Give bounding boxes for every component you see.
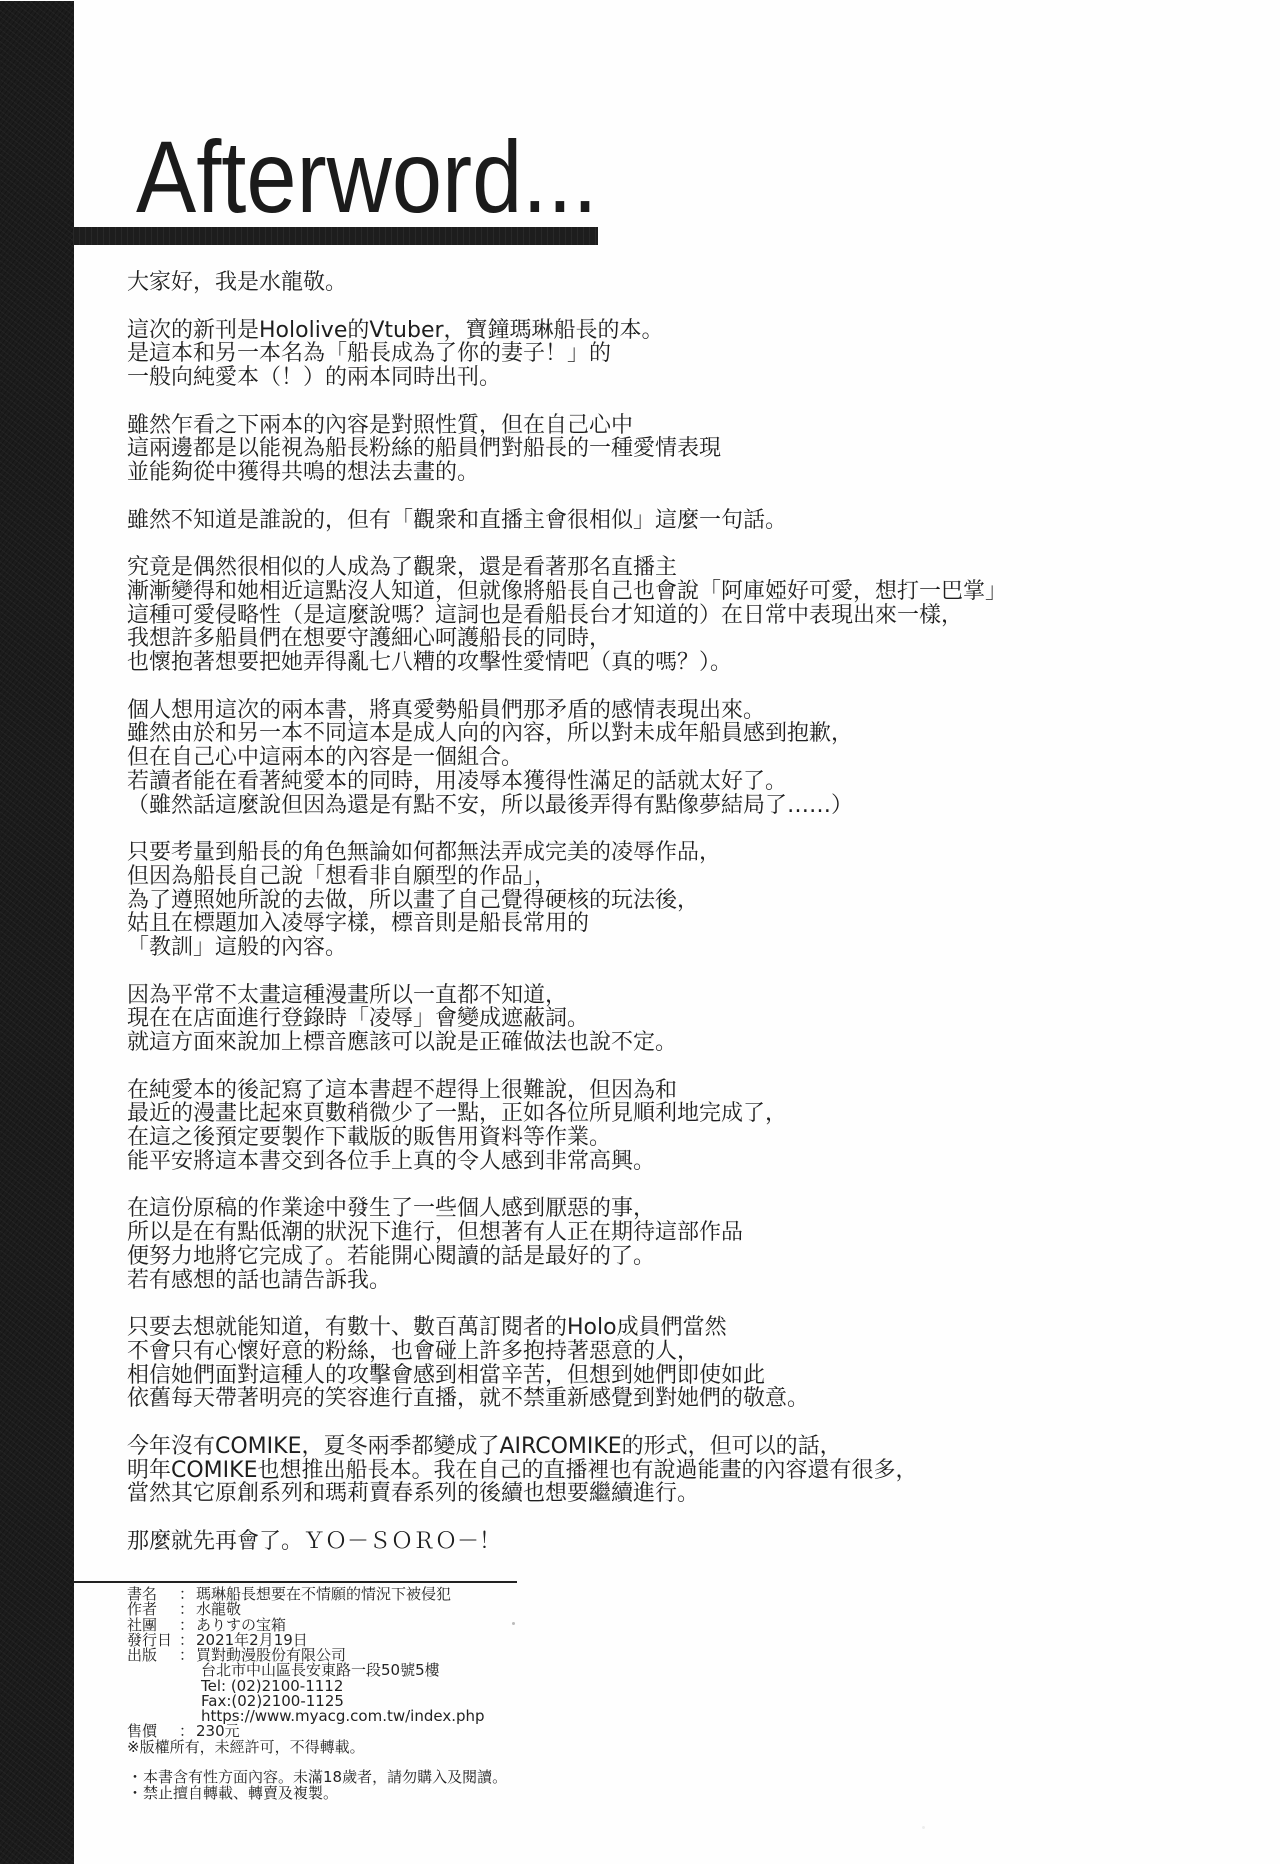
text-line: 是這本和另一本名為「船長成為了你的妻子！」的 [127,342,1007,366]
text-line: 今年沒有COMIKE，夏冬兩季都變成了AIRCOMIKE的形式，但可以的話， [127,1435,1007,1459]
colophon-label: 出版 [127,1648,177,1663]
text-line: 因為平常不太畫這種漫畫所以一直都不知道， [127,984,1007,1008]
paragraph: 在這份原稿的作業途中發生了一些個人感到厭惡的事， 所以是在有點低潮的狀況下進行，… [127,1197,1007,1292]
scan-speck [512,1622,515,1625]
text-line: 為了遵照她所說的去做，所以畫了自己覺得硬核的玩法後， [127,889,1007,913]
text-line: 只要去想就能知道，有數十、數百萬訂閱者的Holo成員們當然 [127,1316,1007,1340]
paragraph: 今年沒有COMIKE，夏冬兩季都變成了AIRCOMIKE的形式，但可以的話， 明… [127,1435,1007,1506]
text-line: 也懷抱著想要把她弄得亂七八糟的攻擊性愛情吧（真的嗎？）。 [127,651,1007,675]
left-black-bar [0,1,74,1864]
closing-paragraph: 那麼就先再會了。ＹＯ－ＳＯＲＯ－！ [127,1530,1007,1554]
text-line: 雖然乍看之下兩本的內容是對照性質，但在自己心中 [127,414,1007,438]
text-line: 明年COMIKE也想推出船長本。我在自己的直播裡也有說過能畫的內容還有很多， [127,1459,1007,1483]
title-underline-bar [73,227,598,245]
text-line: 便努力地將它完成了。若能開心閱讀的話是最好的了。 [127,1245,1007,1269]
text-line: 在這份原稿的作業途中發生了一些個人感到厭惡的事， [127,1197,1007,1221]
text-line: 只要考量到船長的角色無論如何都無法弄成完美的凌辱作品， [127,841,1007,865]
text-line: 但在自己心中這兩本的內容是一個組合。 [127,746,1007,770]
text-line: 大家好，我是水龍敬。 [127,271,1007,295]
scan-speck [922,1826,925,1829]
text-line: 姑且在標題加入凌辱字樣，標音則是船長常用的 [127,912,1007,936]
text-line: 這種可愛侵略性（是這麼說嗎？這詞也是看船長台才知道的）在日常中表現出來一樣， [127,604,1007,628]
paragraph: 只要去想就能知道，有數十、數百萬訂閱者的Holo成員們當然 不會只有心懷好意的粉… [127,1316,1007,1411]
text-line: 漸漸變得和她相近這點沒人知道，但就像將船長自己也會說「阿庫婭好可愛，想打一巴掌」 [127,580,1007,604]
paragraph: 在純愛本的後記寫了這本書趕不趕得上很難說，但因為和 最近的漫畫比起來頁數稍微少了… [127,1079,1007,1174]
text-line: 現在在店面進行登錄時「凌辱」會變成遮蔽詞。 [127,1007,1007,1031]
text-line: （雖然話這麼說但因為還是有點不安，所以最後弄得有點像夢結局了……） [127,794,1007,818]
text-line: 那麼就先再會了。ＹＯ－ＳＯＲＯ－！ [127,1530,1007,1554]
paragraph: 只要考量到船長的角色無論如何都無法弄成完美的凌辱作品， 但因為船長自己說「想看非… [127,841,1007,960]
text-line: 這兩邊都是以能視為船長粉絲的船員們對船長的一種愛情表現 [127,437,1007,461]
text-line: 但因為船長自己說「想看非自願型的作品」， [127,865,1007,889]
page-title: Afterword... [136,126,598,228]
colophon-separator: ： [177,1648,196,1663]
copyright-notice: ※版權所有，未經許可，不得轉載。 [127,1740,507,1755]
text-line: 能平安將這本書交到各位手上真的令人感到非常高興。 [127,1150,1007,1174]
text-line: 相信她們面對這種人的攻擊會感到相當辛苦，但想到她們即使如此 [127,1364,1007,1388]
text-line: 「教訓」這般的內容。 [127,936,1007,960]
text-line: 究竟是偶然很相似的人成為了觀衆，還是看著那名直播主 [127,556,1007,580]
text-line: 所以是在有點低潮的狀況下進行，但想著有人正在期待這部作品 [127,1221,1007,1245]
text-line: 雖然由於和另一本不同這本是成人向的內容，所以對未成年船員感到抱歉， [127,722,1007,746]
paragraph: 大家好，我是水龍敬。 [127,271,1007,295]
text-line: 最近的漫畫比起來頁數稍微少了一點，正如各位所見順利地完成了， [127,1102,1007,1126]
text-line: 不會只有心懷好意的粉絲，也會碰上許多抱持著惡意的人， [127,1340,1007,1364]
paragraph: 這次的新刊是Hololive的Vtuber，寶鐘瑪琳船長的本。 是這本和另一本名… [127,319,1007,390]
text-line: 我想許多船員們在想要守護細心呵護船長的同時， [127,627,1007,651]
notice-text: 禁止擅自轉載、轉賣及複製。 [143,1786,338,1801]
text-line: 一般向純愛本（！）的兩本同時出刊。 [127,366,1007,390]
text-line: 這次的新刊是Hololive的Vtuber，寶鐘瑪琳船長的本。 [127,319,1007,343]
text-line: 在這之後預定要製作下載版的販售用資料等作業。 [127,1126,1007,1150]
paragraph: 雖然不知道是誰說的，但有「觀衆和直播主會很相似」這麼一句話。 [127,509,1007,533]
paragraph: 究竟是偶然很相似的人成為了觀衆，還是看著那名直播主 漸漸變得和她相近這點沒人知道… [127,556,1007,675]
colophon: 書名 ： 瑪琳船長想要在不情願的情況下被侵犯 作者 ： 水龍敬 社團 ： ありす… [127,1587,507,1801]
text-line: 個人想用這次的兩本書，將真愛勢船員們那矛盾的感情表現出來。 [127,699,1007,723]
text-line: 當然其它原創系列和瑪莉賣春系列的後續也想要繼續進行。 [127,1482,1007,1506]
colophon-divider [73,1581,517,1583]
text-line: 若讀者能在看著純愛本的同時，用凌辱本獲得性滿足的話就太好了。 [127,770,1007,794]
text-line: 並能夠從中獲得共鳴的想法去畫的。 [127,461,1007,485]
afterword-body: 大家好，我是水龍敬。 這次的新刊是Hololive的Vtuber，寶鐘瑪琳船長的… [127,271,1007,1577]
text-line: 依舊每天帶著明亮的笑容進行直播，就不禁重新感覺到對她們的敬意。 [127,1387,1007,1411]
paragraph: 個人想用這次的兩本書，將真愛勢船員們那矛盾的感情表現出來。 雖然由於和另一本不同… [127,699,1007,818]
text-line: 就這方面來說加上標音應該可以說是正確做法也說不定。 [127,1031,1007,1055]
paragraph: 因為平常不太畫這種漫畫所以一直都不知道， 現在在店面進行登錄時「凌辱」會變成遮蔽… [127,984,1007,1055]
text-line: 在純愛本的後記寫了這本書趕不趕得上很難說，但因為和 [127,1079,1007,1103]
paragraph: 雖然乍看之下兩本的內容是對照性質，但在自己心中 這兩邊都是以能視為船長粉絲的船員… [127,414,1007,485]
text-line: 若有感想的話也請告訴我。 [127,1269,1007,1293]
bullet-icon: ・ [127,1786,143,1801]
text-line: 雖然不知道是誰說的，但有「觀衆和直播主會很相似」這麼一句話。 [127,509,1007,533]
notice-no-reproduction: ・ 禁止擅自轉載、轉賣及複製。 [127,1786,507,1801]
